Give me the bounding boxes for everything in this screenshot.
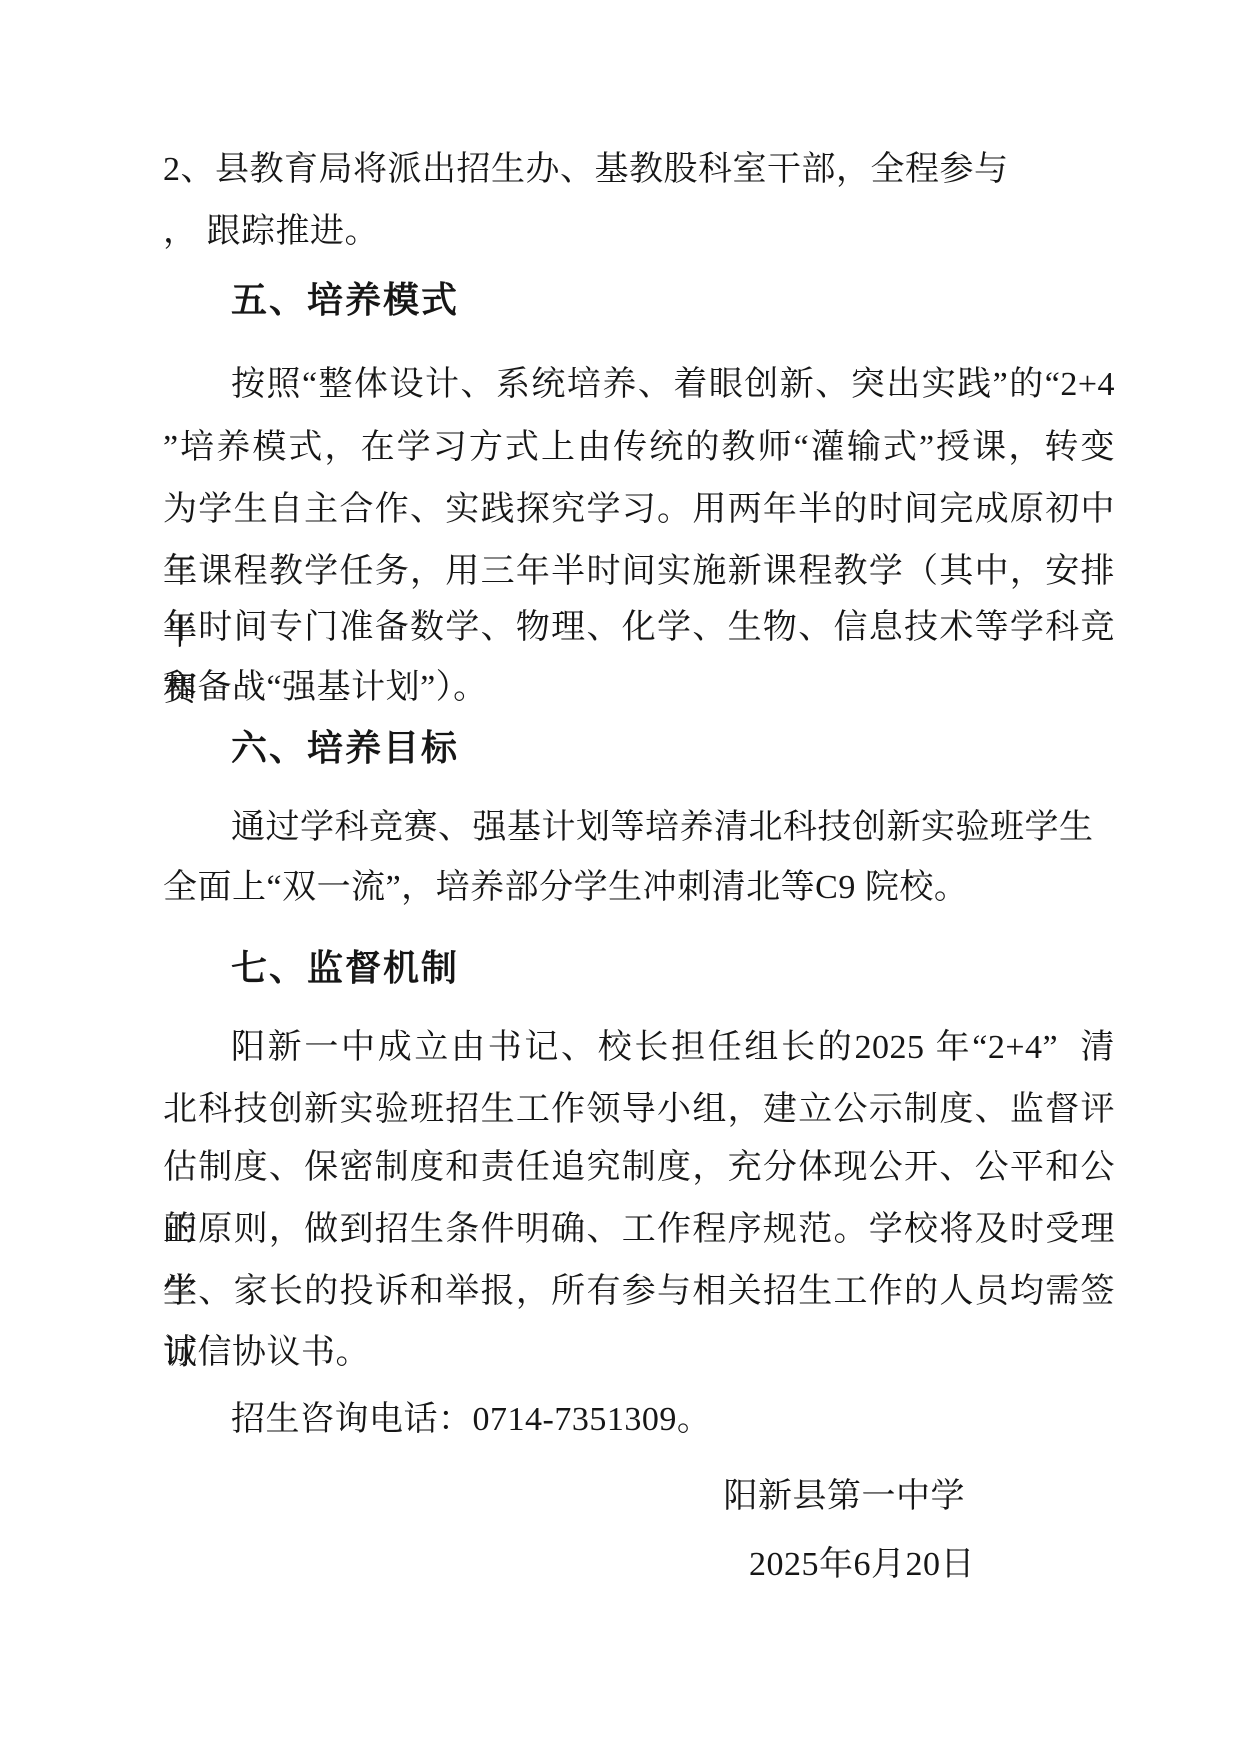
body-line: 为学生自主合作、实践探究学习。用两年半的时间完成原初中三	[163, 479, 1115, 541]
body-line: ， 跟踪推进。	[163, 201, 1115, 263]
section-heading-7: 七、监督机制	[163, 937, 1115, 999]
body-line: 诚信协议书。	[163, 1322, 1115, 1384]
body-line: 通过学科竞赛、强基计划等培养清北科技创新实验班学生	[163, 797, 1115, 859]
body-line: 和备战“强基计划”）。	[163, 657, 1115, 719]
body-line: 年时间专门准备数学、物理、化学、生物、信息技术等学科竞赛	[163, 597, 1115, 659]
body-line: ”培养模式，在学习方式上由传统的教师“灌输式”授课，转变	[163, 417, 1115, 479]
body-line: 年课程教学任务，用三年半时间实施新课程教学（其中，安排半	[163, 541, 1115, 603]
section-heading-6: 六、培养目标	[163, 717, 1115, 779]
body-line: 2、县教育局将派出招生办、基教股科室干部，全程参与	[163, 139, 1115, 201]
signature-date: 2025年6月20日	[163, 1534, 1115, 1596]
body-line: 估制度、保密制度和责任追究制度，充分体现公开、公平和公正	[163, 1137, 1115, 1199]
signature-organization: 阳新县第一中学	[163, 1466, 1115, 1528]
body-line: 的原则，做到招生条件明确、工作程序规范。学校将及时受理学	[163, 1199, 1115, 1261]
body-line: 全面上“双一流”，培养部分学生冲刺清北等C9 院校。	[163, 857, 1115, 919]
body-line: 北科技创新实验班招生工作领导小组，建立公示制度、监督评	[163, 1079, 1115, 1141]
document-page: 2、县教育局将派出招生办、基教股科室干部，全程参与 ， 跟踪推进。 五、培养模式…	[0, 0, 1238, 1751]
body-line: 阳新一中成立由书记、校长担任组长的2025 年“2+4” 清	[163, 1017, 1115, 1079]
body-line: 按照“整体设计、系统培养、着眼创新、突出实践”的“2+4	[163, 354, 1115, 416]
body-line: 生、家长的投诉和举报，所有参与相关招生工作的人员均需签订	[163, 1261, 1115, 1323]
section-heading-5: 五、培养模式	[163, 269, 1115, 331]
contact-phone-line: 招生咨询电话：0714-7351309。	[163, 1389, 1115, 1451]
